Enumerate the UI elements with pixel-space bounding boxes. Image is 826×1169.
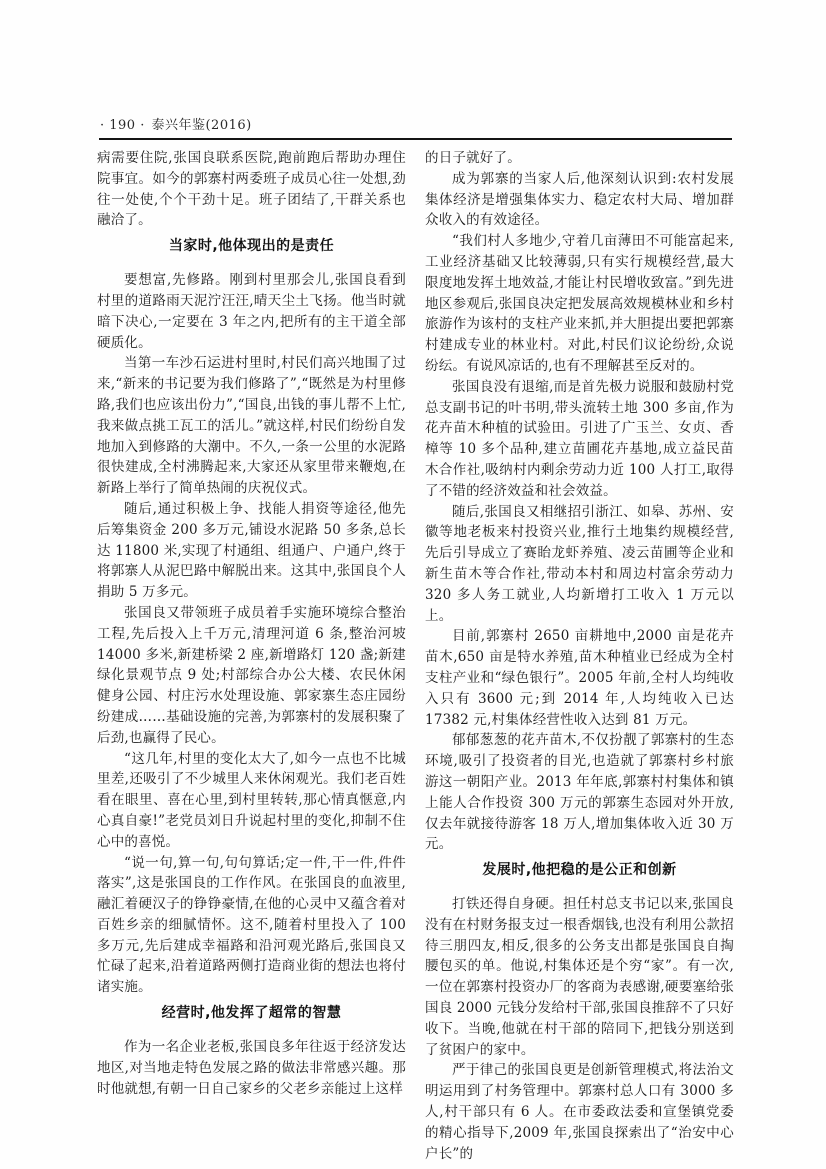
paragraph: 的日子就好了。 bbox=[425, 148, 734, 169]
paragraph: 要想富,先修路。刚到村里那会儿,张国良看到村里的道路雨天泥泞汪汪,晴天尘土飞扬。… bbox=[97, 270, 406, 353]
paragraph: 作为一名企业老板,张国良多年往返于经济发达地区,对当地走特色发展之路的做法非常感… bbox=[97, 1037, 406, 1099]
section-heading: 发展时,他把稳的是公正和创新 bbox=[425, 860, 734, 881]
paragraph: 随后,张国良又相继招引浙江、如皋、苏州、安徽等地老板来村投资兴业,推行土地集约规… bbox=[425, 502, 734, 627]
text-columns: 病需要住院,张国良联系医院,跑前跑后帮助办理住院事宜。如今的郭寨村两委班子成员心… bbox=[97, 148, 734, 1164]
header-rule bbox=[99, 138, 732, 140]
right-column: 的日子就好了。成为郭寨的当家人后,他深刻认识到:农村发展集体经济是增强集体实力、… bbox=[425, 148, 734, 1164]
paragraph: 张国良没有退缩,而是首先极力说服和鼓励村党总支副书记的叶书明,带头流转土地 30… bbox=[425, 377, 734, 502]
paragraph: “说一句,算一句,句句算话;定一件,干一件,件件落实”,这是张国良的工作作风。在… bbox=[97, 853, 406, 999]
paragraph: 郁郁葱葱的花卉苗木,不仅扮靓了郭寨村的生态环境,吸引了投资者的目光,也造就了郭寨… bbox=[425, 730, 734, 855]
section-heading: 经营时,他发挥了超常的智慧 bbox=[97, 1003, 406, 1024]
paragraph: 张国良又带领班子成员着手实施环境综合整治工程,先后投入上千万元,清理河道 6 条… bbox=[97, 603, 406, 749]
paragraph: 成为郭寨的当家人后,他深刻认识到:农村发展集体经济是增强集体实力、稳定农村大局、… bbox=[425, 169, 734, 231]
paragraph: “这几年,村里的变化太大了,如今一点也不比城里差,还吸引了不少城里人来休闲观光。… bbox=[97, 749, 406, 853]
page-number: · 190 · bbox=[100, 118, 145, 133]
paragraph: 打铁还得自身硬。担任村总支书记以来,张国良没有在村财务报支过一根香烟钱,也没有利… bbox=[425, 894, 734, 1060]
paragraph: “我们村人多地少,守着几亩薄田不可能富起来,工业经济基础又比较薄弱,只有实行规模… bbox=[425, 231, 734, 377]
paragraph: 病需要住院,张国良联系医院,跑前跑后帮助办理住院事宜。如今的郭寨村两委班子成员心… bbox=[97, 148, 406, 231]
paragraph: 严于律己的张国良更是创新管理模式,将法治文明运用到了村务管理中。郭寨村总人口有 … bbox=[425, 1060, 734, 1164]
book-title: 泰兴年鉴(2016) bbox=[151, 118, 251, 133]
paragraph: 目前,郭寨村 2650 亩耕地中,2000 亩是花卉苗木,650 亩是特水养殖,… bbox=[425, 626, 734, 730]
paragraph: 随后,通过积极上争、找能人捐资等途径,他先后筹集资金 200 多万元,铺设水泥路… bbox=[97, 499, 406, 603]
yearbook-page: · 190 · 泰兴年鉴(2016) 病需要住院,张国良联系医院,跑前跑后帮助办… bbox=[0, 0, 826, 1169]
left-column: 病需要住院,张国良联系医院,跑前跑后帮助办理住院事宜。如今的郭寨村两委班子成员心… bbox=[97, 148, 406, 1164]
page-header: · 190 · 泰兴年鉴(2016) bbox=[100, 114, 732, 133]
paragraph: 当第一车沙石运进村里时,村民们高兴地围了过来,“新来的书记要为我们修路了”,“既… bbox=[97, 353, 406, 499]
section-heading: 当家时,他体现出的是责任 bbox=[97, 236, 406, 257]
